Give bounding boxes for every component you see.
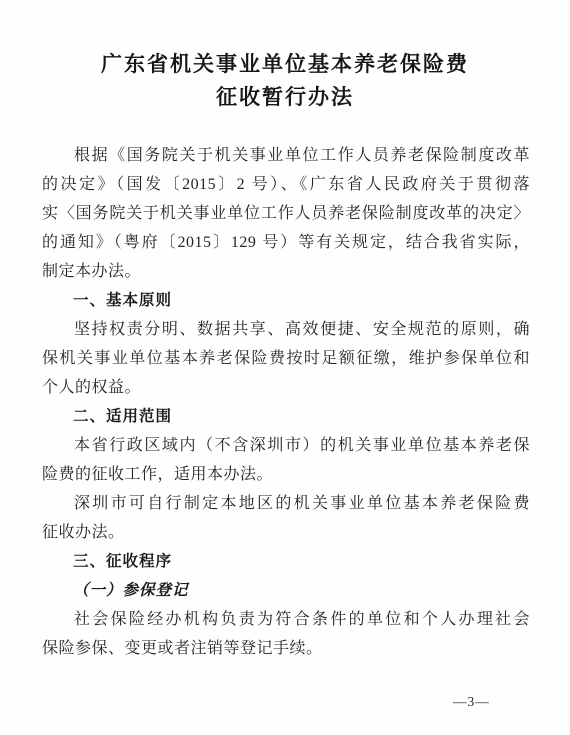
text-line: 三、征收程序: [42, 547, 530, 576]
section-heading: 一、基本原则: [42, 286, 530, 315]
text-line: 实〈国务院关于机关事业单位工作人员养老保险制度改革的决定〉: [42, 199, 530, 228]
page-title: 广东省机关事业单位基本养老保险费 征收暂行办法: [0, 48, 570, 114]
text-line: 制定本办法。: [42, 257, 530, 286]
text-line: 保险参保、变更或者注销等登记手续。: [42, 634, 530, 663]
document-body: 根据《国务院关于机关事业单位工作人员养老保险制度改革的决定》（国发〔2015〕2…: [42, 141, 530, 663]
paragraph: 坚持权责分明、数据共享、高效便捷、安全规范的原则，确保机关事业单位基本养老保险费…: [42, 315, 530, 402]
paragraph: 社会保险经办机构负责为符合条件的单位和个人办理社会保险参保、变更或者注销等登记手…: [42, 605, 530, 663]
section-heading: 二、适用范围: [42, 402, 530, 431]
page-number: —3—: [453, 694, 490, 710]
text-line: 社会保险经办机构负责为符合条件的单位和个人办理社会: [42, 605, 530, 634]
text-line: 根据《国务院关于机关事业单位工作人员养老保险制度改革: [42, 141, 530, 170]
text-line: 深圳市可自行制定本地区的机关事业单位基本养老保险费: [42, 489, 530, 518]
text-line: （一）参保登记: [42, 576, 530, 605]
text-line: 本省行政区域内（不含深圳市）的机关事业单位基本养老保: [42, 431, 530, 460]
text-line: 二、适用范围: [42, 402, 530, 431]
text-line: 险费的征收工作，适用本办法。: [42, 460, 530, 489]
text-line: 坚持权责分明、数据共享、高效便捷、安全规范的原则，确: [42, 315, 530, 344]
paragraph: 本省行政区域内（不含深圳市）的机关事业单位基本养老保险费的征收工作，适用本办法。: [42, 431, 530, 489]
text-line: 的通知》（粤府〔2015〕129 号）等有关规定，结合我省实际，: [42, 228, 530, 257]
text-line: 征收办法。: [42, 518, 530, 547]
document-page: 广东省机关事业单位基本养老保险费 征收暂行办法 根据《国务院关于机关事业单位工作…: [0, 0, 570, 735]
text-line: 的决定》（国发〔2015〕2 号）、《广东省人民政府关于贯彻落: [42, 170, 530, 199]
paragraph: 根据《国务院关于机关事业单位工作人员养老保险制度改革的决定》（国发〔2015〕2…: [42, 141, 530, 286]
subsection-heading: （一）参保登记: [42, 576, 530, 605]
text-line: 一、基本原则: [42, 286, 530, 315]
text-line: 保机关事业单位基本养老保险费按时足额征缴，维护参保单位和: [42, 344, 530, 373]
paragraph: 深圳市可自行制定本地区的机关事业单位基本养老保险费征收办法。: [42, 489, 530, 547]
section-heading: 三、征收程序: [42, 547, 530, 576]
text-line: 个人的权益。: [42, 373, 530, 402]
title-line-2: 征收暂行办法: [0, 81, 570, 114]
title-line-1: 广东省机关事业单位基本养老保险费: [0, 48, 570, 81]
